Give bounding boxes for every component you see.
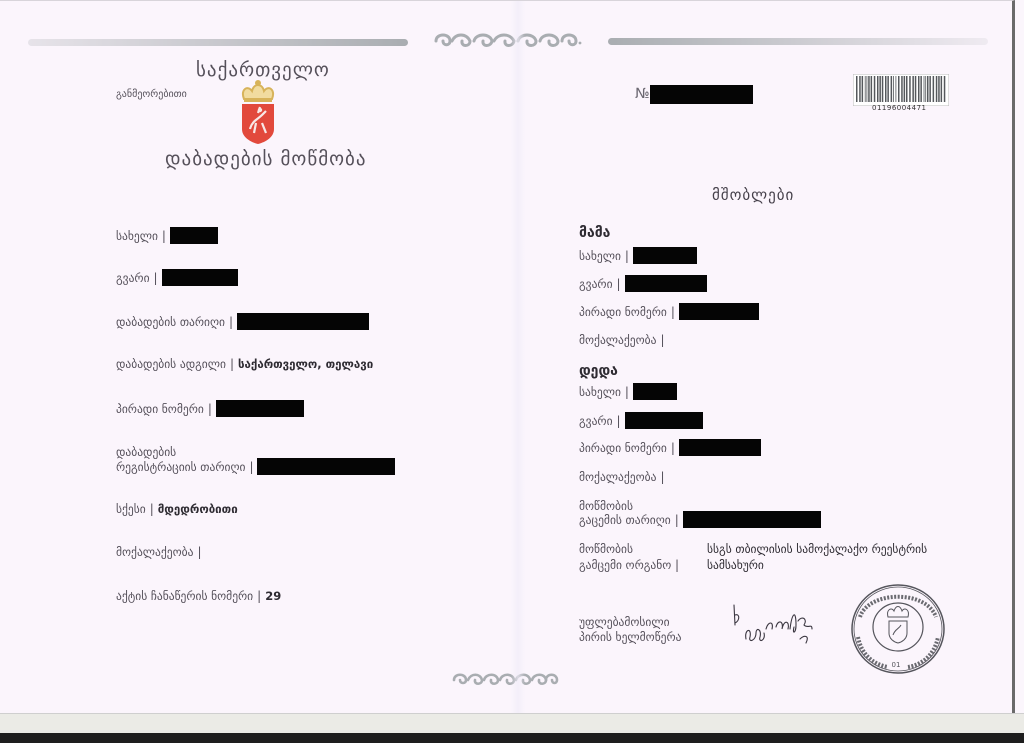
top-rule-left	[28, 39, 408, 46]
field-label: პირადი ნომერი	[116, 402, 204, 416]
duplicate-label: განმეორებითი	[116, 89, 187, 100]
redacted-value	[625, 412, 703, 429]
redacted-value	[162, 269, 238, 286]
scroll-ornament-icon	[432, 29, 582, 51]
father-surname: გვარი |	[579, 275, 707, 292]
field-label: სქესი	[116, 502, 146, 516]
field-registration-date: რეგისტრაციის თარიღი |	[116, 458, 395, 475]
father-name: სახელი |	[579, 247, 697, 264]
field-label: მოქალაქეობა	[579, 470, 656, 484]
field-label: პირადი ნომერი	[579, 441, 667, 455]
field-value: საქართველო, თელავი	[238, 357, 373, 371]
issue-date: გაცემის თარიღი |	[579, 511, 821, 528]
mother-personal-number: პირადი ნომერი |	[579, 439, 761, 456]
document-title: დაბადების მოწმობა	[165, 148, 367, 170]
field-personal-number: პირადი ნომერი |	[116, 400, 304, 417]
father-personal-number: პირადი ნომერი |	[579, 303, 759, 320]
signatory-label-line2: პირის ხელმოწერა	[579, 630, 681, 644]
field-name: სახელი |	[116, 227, 218, 244]
field-label: სახელი	[579, 385, 621, 399]
field-citizenship: მოქალაქეობა |	[116, 545, 201, 559]
field-label: გვარი	[579, 277, 613, 291]
father-citizenship: მოქალაქეობა |	[579, 333, 664, 347]
redacted-value	[237, 313, 369, 330]
barcode-icon	[853, 74, 949, 106]
scroll-ornament-icon	[450, 669, 560, 689]
parents-heading: მშობლები	[712, 186, 794, 204]
svg-text:01: 01	[892, 661, 901, 669]
redacted-value	[216, 400, 304, 417]
redacted-value	[683, 511, 821, 528]
field-label: აქტის ჩანაწერის ნომერი	[116, 589, 253, 603]
country-heading: საქართველო	[196, 59, 330, 81]
field-birth-place: დაბადების ადგილი | საქართველო, თელავი	[116, 357, 373, 371]
field-label: გვარი	[579, 414, 613, 428]
field-surname: გვარი |	[116, 269, 238, 286]
georgia-coat-of-arms-icon	[236, 79, 280, 145]
scan-border	[0, 733, 1024, 743]
issuer-value-line2: სამსახური	[707, 558, 764, 572]
certificate-number-label: №	[635, 86, 650, 102]
field-label: დაბადების ადგილი	[116, 357, 226, 371]
field-value: მდედრობითი	[158, 502, 238, 516]
father-heading: მამა	[579, 225, 610, 241]
redacted-value	[679, 303, 759, 320]
field-label: გვარი	[116, 271, 150, 285]
field-label: რეგისტრაციის თარიღი	[116, 460, 245, 474]
scan-bottom-edge	[0, 713, 1024, 734]
redacted-value	[633, 383, 677, 400]
signature-icon	[726, 599, 821, 647]
barcode-number: 01196004471	[872, 104, 927, 112]
mother-citizenship: მოქალაქეობა |	[579, 470, 664, 484]
field-label-line1: დაბადების	[116, 445, 176, 459]
field-label: პირადი ნომერი	[579, 305, 667, 319]
mother-surname: გვარი |	[579, 412, 703, 429]
field-record-number: აქტის ჩანაწერის ნომერი | 29	[116, 589, 281, 603]
issuer-label-line1: მოწმობის	[579, 542, 633, 556]
certificate-paper: საქართველო განმეორებითი დაბადების მოწმობ…	[0, 0, 1015, 714]
field-birth-date: დაბადების თარიღი |	[116, 313, 369, 330]
mother-heading: დედა	[579, 363, 618, 379]
field-value: 29	[265, 589, 281, 603]
field-label: მოქალაქეობა	[116, 545, 193, 559]
mother-name: სახელი |	[579, 383, 677, 400]
signatory-label-line1: უფლებამოსილი	[579, 615, 670, 629]
field-label: სახელი	[579, 249, 621, 263]
field-sex: სქესი | მდედრობითი	[116, 502, 238, 516]
official-stamp-icon: 01	[846, 581, 950, 677]
redacted-value	[679, 439, 761, 456]
top-rule-right	[608, 38, 988, 45]
redacted-value	[633, 247, 697, 264]
field-label: სახელი	[116, 229, 158, 243]
field-label: გაცემის თარიღი	[579, 513, 671, 527]
redacted-value	[625, 275, 707, 292]
field-label: მოქალაქეობა	[579, 333, 656, 347]
redacted-value	[170, 227, 218, 244]
redacted-value	[257, 458, 395, 475]
issuer-value-line1: სსგს თბილისის სამოქალაქო რეესტრის	[707, 542, 927, 556]
issuer-label-line2: გამცემი ორგანო |	[579, 558, 679, 572]
field-label: დაბადების თარიღი	[116, 315, 225, 329]
certificate-number-redacted	[650, 85, 753, 104]
